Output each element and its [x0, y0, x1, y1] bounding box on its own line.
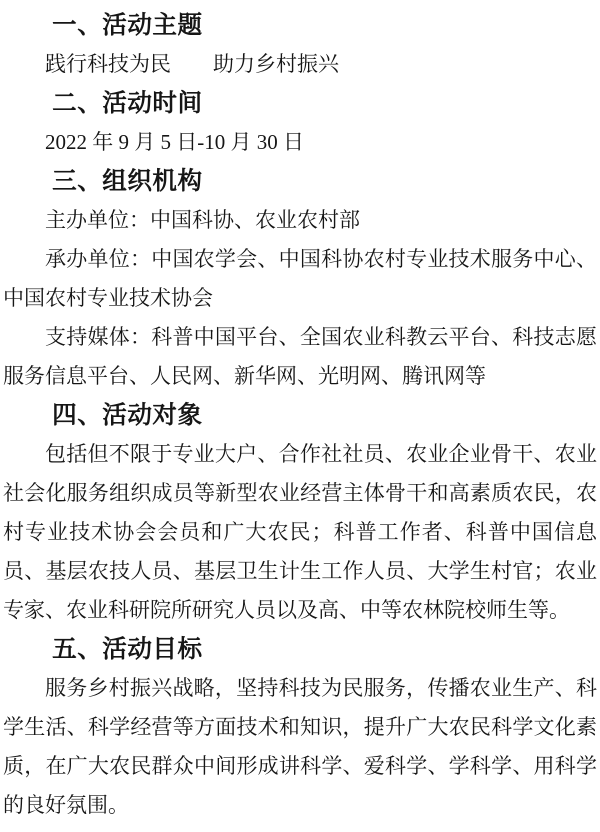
- section-heading-goal: 五、活动目标: [3, 630, 597, 669]
- paragraph-support-media: 支持媒体：科普中国平台、全国农业科教云平台、科技志愿服务信息平台、人民网、新华网…: [3, 318, 597, 396]
- paragraph-time: 2022 年 9 月 5 日-10 月 30 日: [3, 123, 597, 162]
- paragraph-theme: 践行科技为民 助力乡村振兴: [3, 45, 597, 84]
- paragraph-audience: 包括但不限于专业大户、合作社社员、农业企业骨干、农业社会化服务组织成员等新型农业…: [3, 435, 597, 630]
- paragraph-organizer: 主办单位：中国科协、农业农村部: [3, 201, 597, 240]
- section-heading-time: 二、活动时间: [3, 84, 597, 123]
- document-page: 一、活动主题 践行科技为民 助力乡村振兴 二、活动时间 2022 年 9 月 5…: [0, 0, 600, 832]
- paragraph-goal: 服务乡村振兴战略，坚持科技为民服务，传播农业生产、科学生活、科学经营等方面技术和…: [3, 669, 597, 825]
- section-heading-audience: 四、活动对象: [3, 396, 597, 435]
- section-heading-theme: 一、活动主题: [3, 6, 597, 45]
- document-body: 一、活动主题 践行科技为民 助力乡村振兴 二、活动时间 2022 年 9 月 5…: [0, 0, 600, 825]
- paragraph-undertaker: 承办单位：中国农学会、中国科协农村专业技术服务中心、中国农村专业技术协会: [3, 240, 597, 318]
- section-heading-organization: 三、组织机构: [3, 162, 597, 201]
